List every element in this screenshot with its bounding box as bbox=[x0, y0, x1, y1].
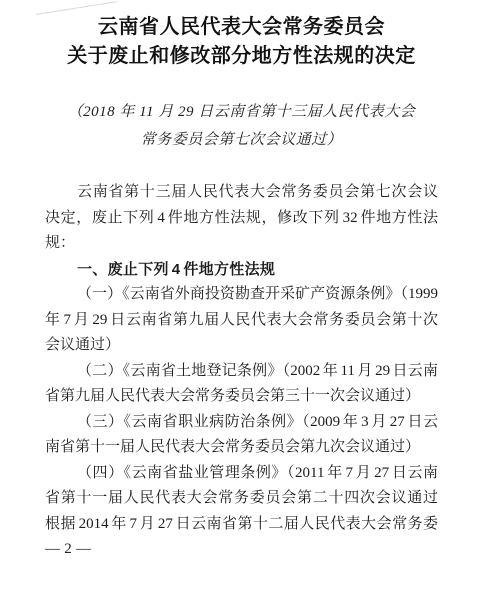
item-4-line-2: 省第十一届人民代表大会常务委员会第二十四次会议通过 bbox=[45, 486, 438, 512]
intro-line-3: 规： bbox=[45, 231, 438, 257]
intro-line-1: 云南省第十三届人民代表大会常务委员会第七次会议 bbox=[45, 180, 438, 206]
document-body: 云南省第十三届人民代表大会常务委员会第七次会议 决定，废止下列 4 件地方性法规… bbox=[45, 180, 438, 563]
title-line-2: 关于废止和修改部分地方性法规的决定 bbox=[45, 42, 438, 71]
document-page: 云南省人民代表大会常务委员会 关于废止和修改部分地方性法规的决定 （2018 年… bbox=[0, 0, 477, 600]
item-1-line-3: 会议通过） bbox=[45, 333, 438, 359]
adoption-note-line-1: （2018 年 11 月 29 日云南省第十三届人民代表大会 bbox=[45, 98, 438, 126]
page-number: — 2 — bbox=[45, 537, 438, 563]
adoption-note-line-2: 常务委员会第七次会议通过） bbox=[45, 126, 438, 154]
title-line-1: 云南省人民代表大会常务委员会 bbox=[45, 13, 438, 42]
item-3-line-1: （三）《云南省职业病防治条例》（2009 年 3 月 27 日云 bbox=[45, 410, 438, 436]
item-2-line-2: 省第九届人民代表大会常务委员会第三十一次会议通过） bbox=[45, 384, 438, 410]
item-3-line-2: 南省第十一届人民代表大会常务委员会第九次会议通过） bbox=[45, 435, 438, 461]
item-1-line-1: （一）《云南省外商投资勘查开采矿产资源条例》（1999 bbox=[45, 282, 438, 308]
intro-line-2: 决定，废止下列 4 件地方性法规，修改下列 32 件地方性法 bbox=[45, 206, 438, 232]
item-1-line-2: 年 7 月 29 日云南省第九届人民代表大会常务委员会第十次 bbox=[45, 308, 438, 334]
item-2-line-1: （二）《云南省土地登记条例》（2002 年 11 月 29 日云南 bbox=[45, 359, 438, 385]
section-heading-repeal: 一、废止下列 4 件地方性法规 bbox=[45, 257, 438, 283]
adoption-note: （2018 年 11 月 29 日云南省第十三届人民代表大会 常务委员会第七次会… bbox=[45, 98, 438, 154]
document-title: 云南省人民代表大会常务委员会 关于废止和修改部分地方性法规的决定 bbox=[45, 13, 438, 71]
item-4-line-3: 根据 2014 年 7 月 27 日云南省第十二届人民代表大会常务委 bbox=[45, 512, 438, 538]
item-4-line-1: （四）《云南省盐业管理条例》（2011 年 7 月 27 日云南 bbox=[45, 461, 438, 487]
